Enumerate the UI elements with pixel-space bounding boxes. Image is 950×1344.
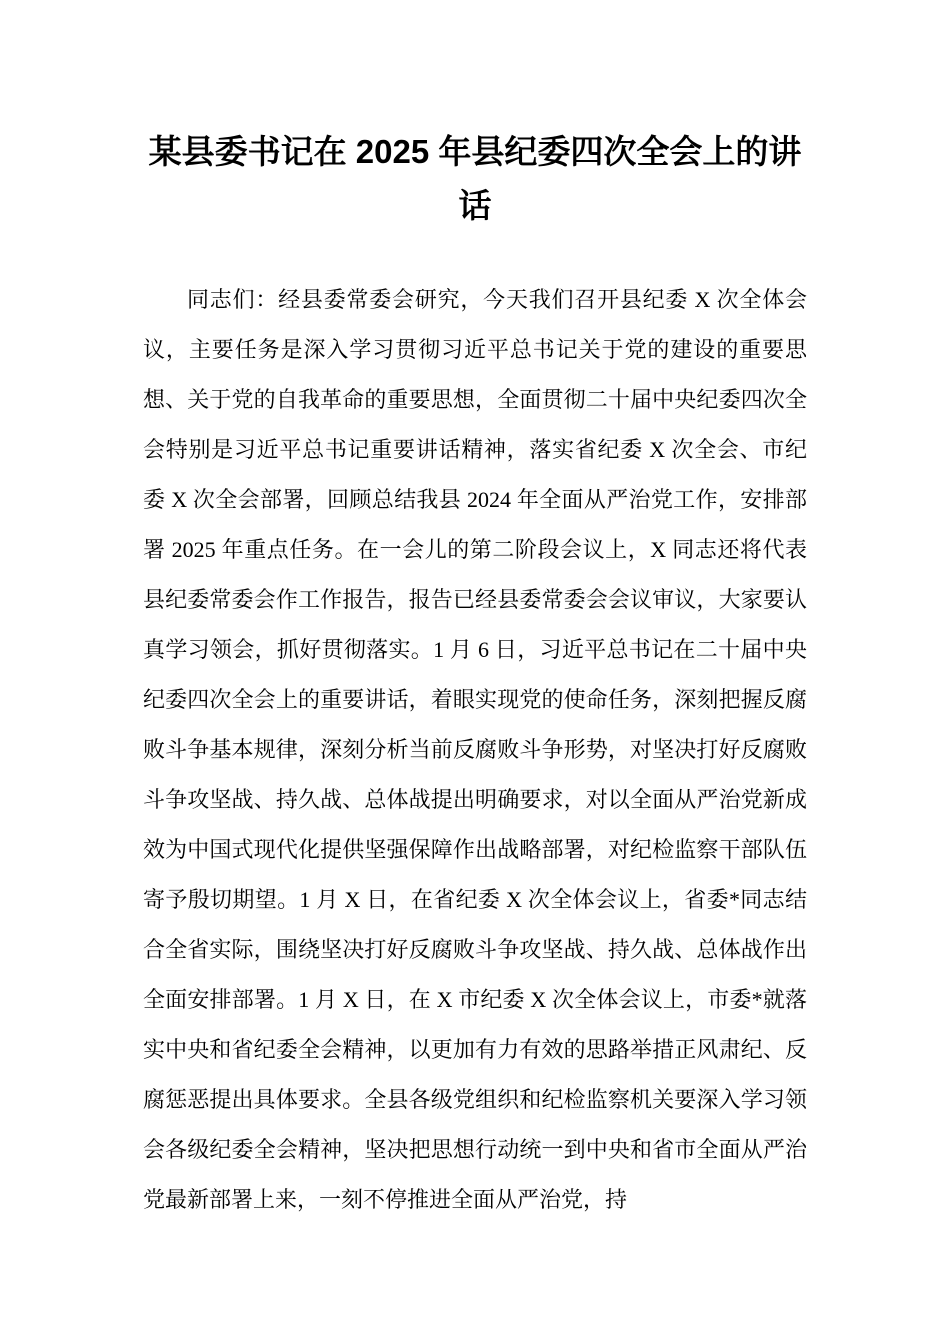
document-body: 同志们：经县委常委会研究，今天我们召开县纪委 X 次全体会议，主要任务是深入学习… [143, 275, 807, 1225]
document-title: 某县委书记在 2025 年县纪委四次全会上的讲话 [143, 125, 807, 233]
document-page: 某县委书记在 2025 年县纪委四次全会上的讲话 同志们：经县委常委会研究，今天… [0, 0, 950, 1344]
speech-paragraph: 同志们：经县委常委会研究，今天我们召开县纪委 X 次全体会议，主要任务是深入学习… [143, 275, 807, 1225]
